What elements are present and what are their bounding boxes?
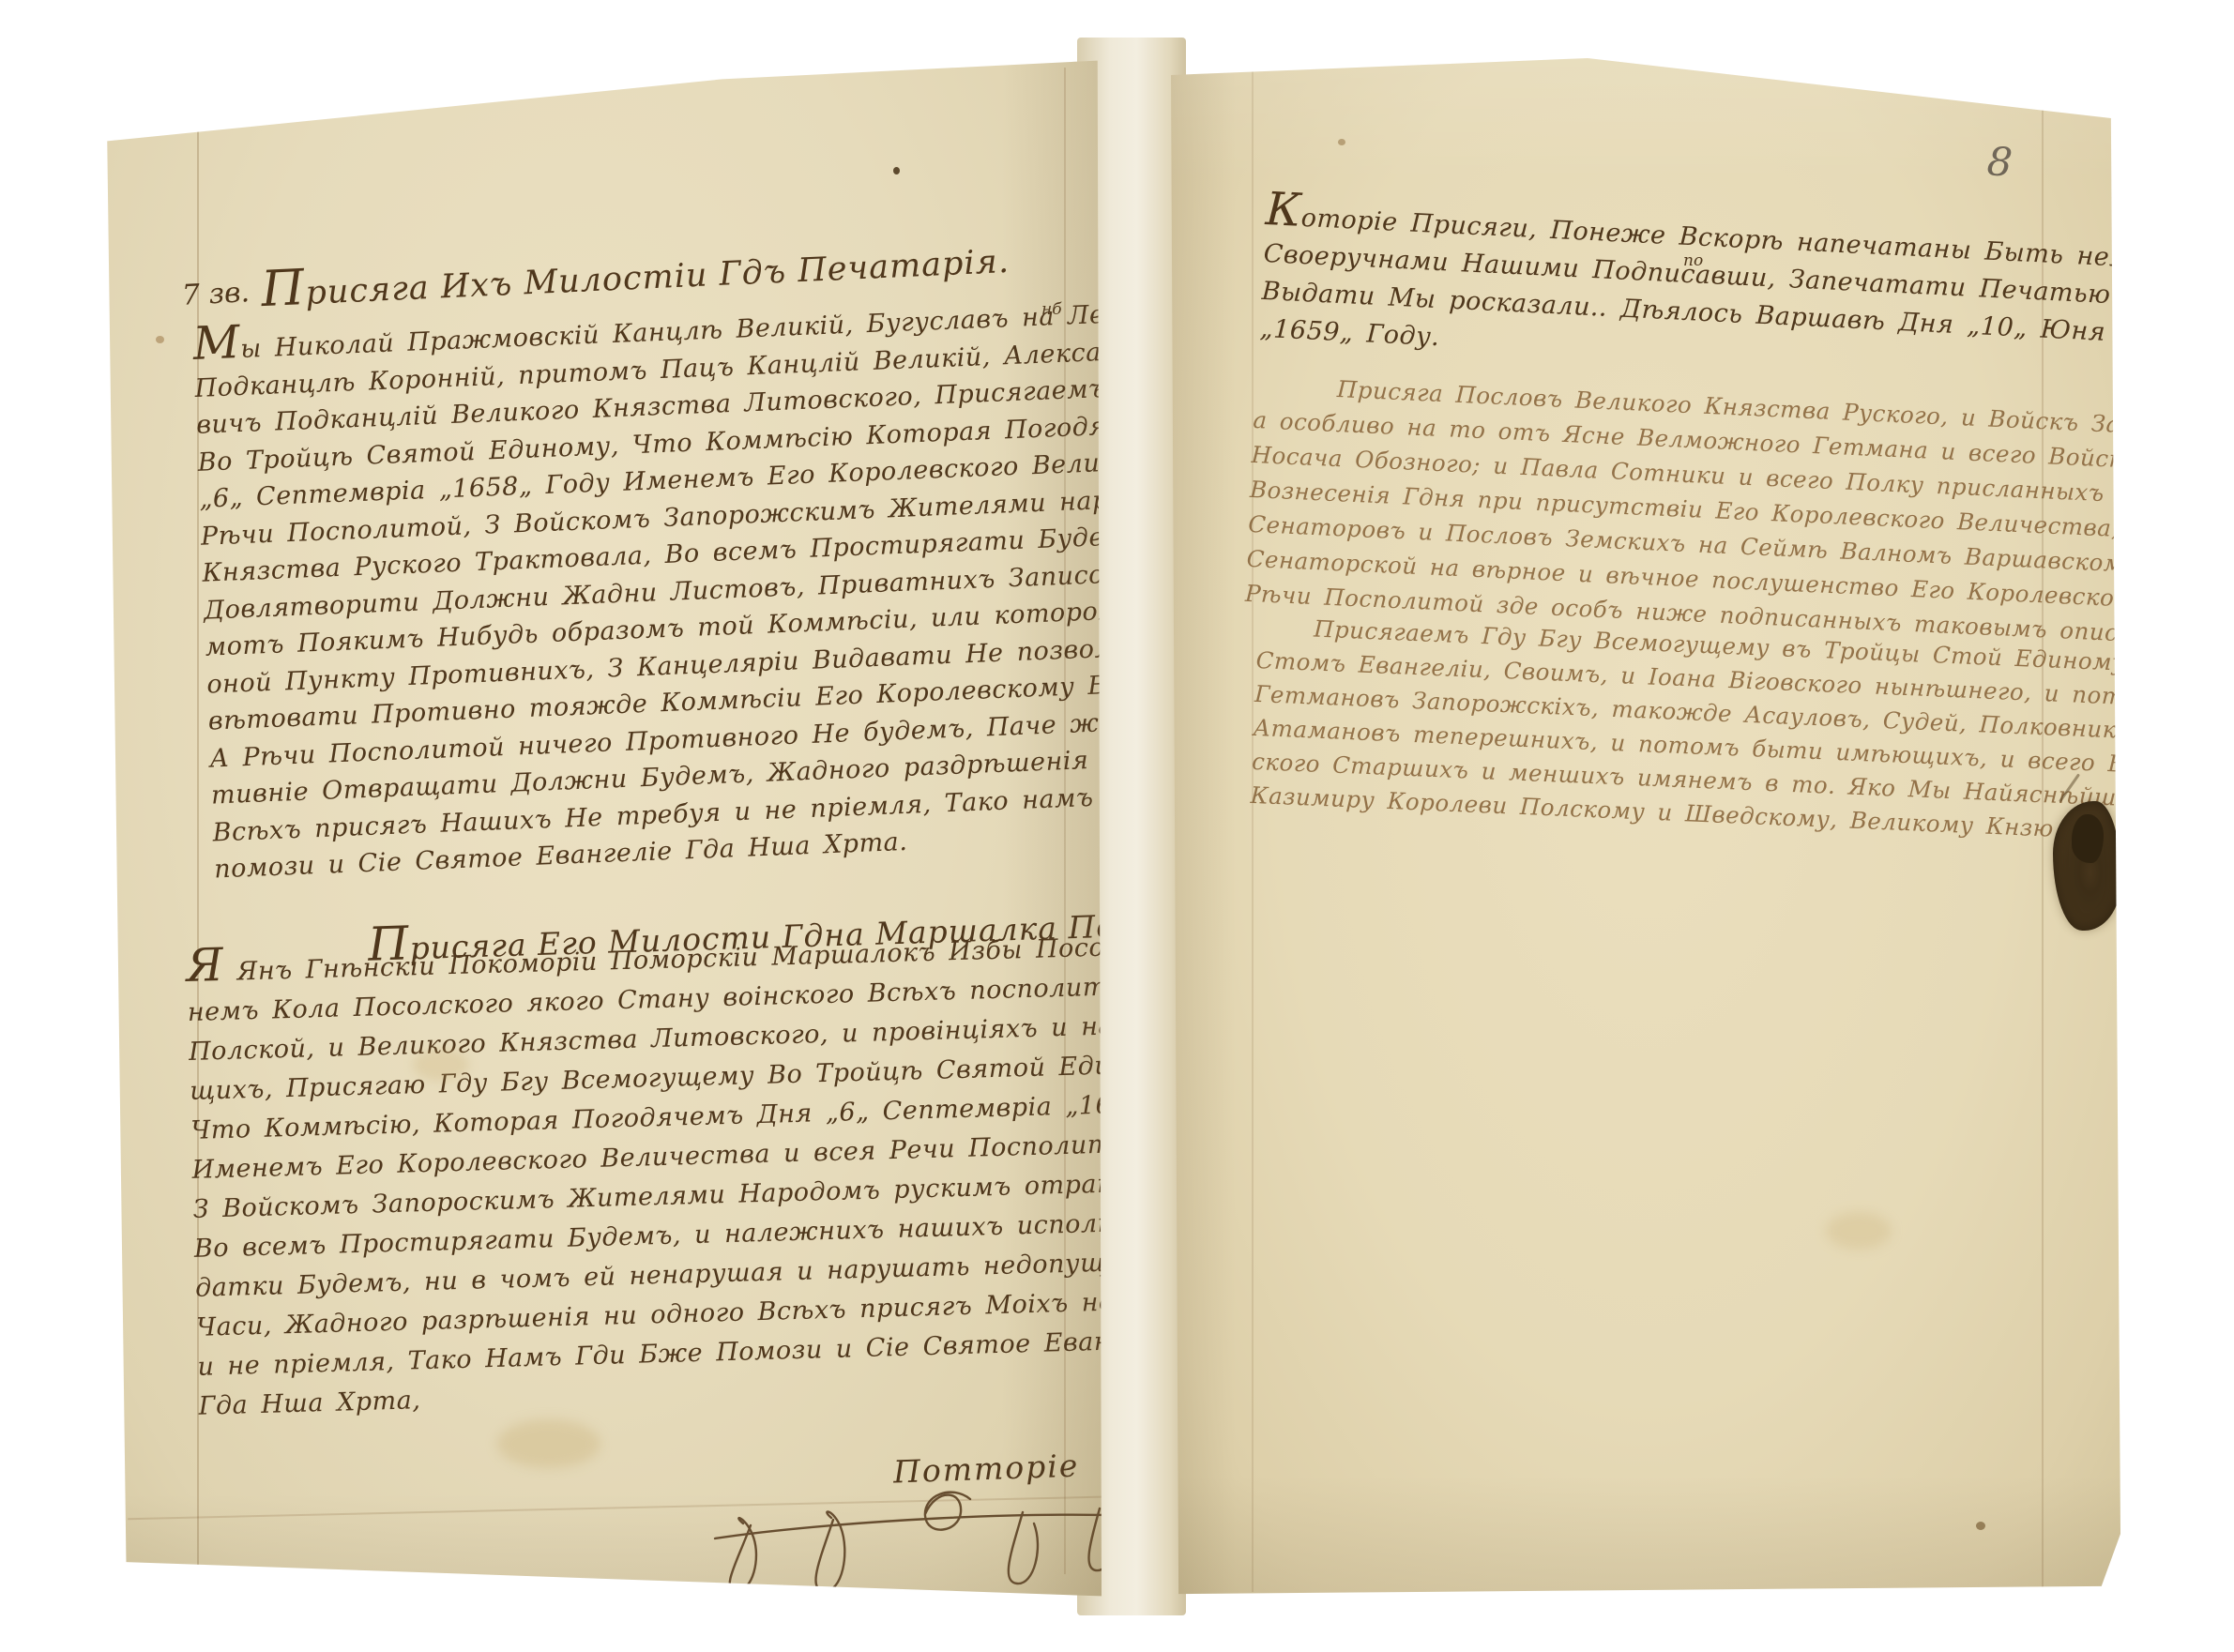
manuscript-scan: 7 зв. Присяга Ихъ Милостіи Гдъ Печатарія… [0,0,2234,1652]
stain-faint [1826,1212,1892,1250]
paragraph-marshal-oath: Я Янъ Гнѣнскіи Покоморіи Поморскіи Марша… [186,923,1118,1427]
paragraph-chancellors-oath: Мы Николай Пражмовскій Канцлѣ Великій, Б… [192,290,1119,888]
ink-stain [2053,801,2120,931]
ink-stain-core [2072,814,2104,863]
signature-flourish [713,1480,1163,1602]
folio-number-left: 7 зв. [181,276,251,312]
stain-faint [497,1419,600,1468]
fox-spot [1338,139,1345,145]
paragraph-colophon: Которіе Присяги, Понеже Вскорѣ напечатан… [1259,191,2234,397]
folio-number-right: 8 [1985,138,2014,186]
left-page: 7 зв. Присяга Ихъ Милостіи Гдъ Печатарія… [103,54,1102,1602]
fox-spot [893,167,900,174]
right-page: 8 Которіе Присяги, Понеже Вскорѣ напечат… [1169,58,2120,1599]
fox-spot [1976,1522,1985,1530]
superscript-note-left: нб [1041,300,1062,319]
fox-spot [156,336,164,343]
superscript-note-right: по [1683,251,1703,270]
margin-rule-left [1252,68,1254,1592]
